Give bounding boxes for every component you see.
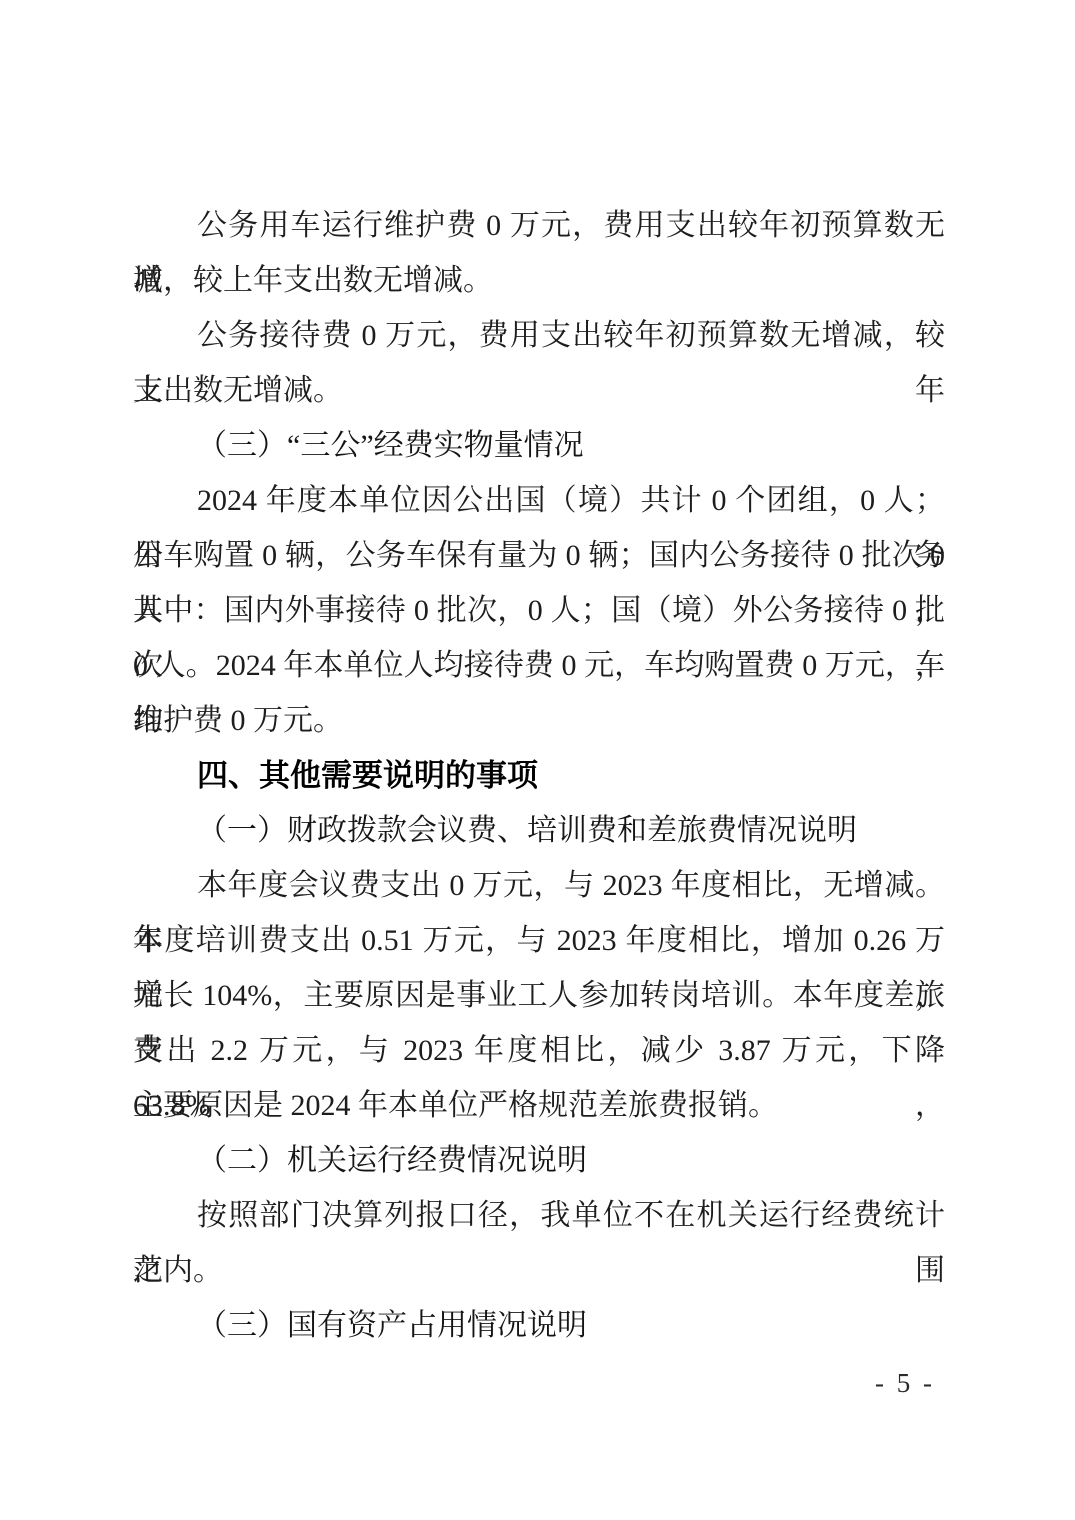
body-text-line: 公务用车运行维护费 0 万元，费用支出较年初预算数无增 (133, 198, 945, 253)
body-text-line: 公务接待费 0 万元，费用支出较年初预算数无增减，较上年 (133, 308, 945, 363)
body-text-line: 用车购置 0 辆，公务车保有量为 0 辆；国内公务接待 0 批次 0 人， (133, 528, 945, 583)
body-text-line: 0 人。2024 年本单位人均接待费 0 元，车均购置费 0 万元，车均 (133, 638, 945, 693)
section-heading-minor: （三）国有资产占用情况说明 (133, 1298, 945, 1353)
section-heading-minor: （二）机关运行经费情况说明 (133, 1133, 945, 1188)
body-text-line: 按照部门决算列报口径，我单位不在机关运行经费统计范围 (133, 1188, 945, 1243)
body-text-line: 本年度会议费支出 0 万元，与 2023 年度相比，无增减。本 (133, 858, 945, 913)
body-text-line: 支出 2.2 万元，与 2023 年度相比，减少 3.87 万元，下降 63.8… (133, 1023, 945, 1078)
page-number: - 5 - (860, 1363, 950, 1403)
body-text-line: 减，较上年支出数无增减。 (133, 253, 945, 308)
body-text-line: 其中：国内外事接待 0 批次，0 人；国（境）外公务接待 0 批次， (133, 583, 945, 638)
section-heading-minor: （一）财政拨款会议费、培训费和差旅费情况说明 (133, 803, 945, 858)
body-text-line: 2024 年度本单位因公出国（境）共计 0 个团组，0 人；公务 (133, 473, 945, 528)
body-text-line: 年度培训费支出 0.51 万元，与 2023 年度相比，增加 0.26 万元， (133, 913, 945, 968)
body-text-line: 维护费 0 万元。 (133, 693, 945, 748)
section-heading-major: 四、其他需要说明的事项 (133, 748, 945, 803)
section-heading-minor: （三）“三公”经费实物量情况 (133, 418, 945, 473)
document-page: 公务用车运行维护费 0 万元，费用支出较年初预算数无增减，较上年支出数无增减。公… (0, 0, 1075, 1520)
body-text-line: 增长 104%，主要原因是事业工人参加转岗培训。本年度差旅费 (133, 968, 945, 1023)
document-lines: 公务用车运行维护费 0 万元，费用支出较年初预算数无增减，较上年支出数无增减。公… (133, 198, 945, 1353)
